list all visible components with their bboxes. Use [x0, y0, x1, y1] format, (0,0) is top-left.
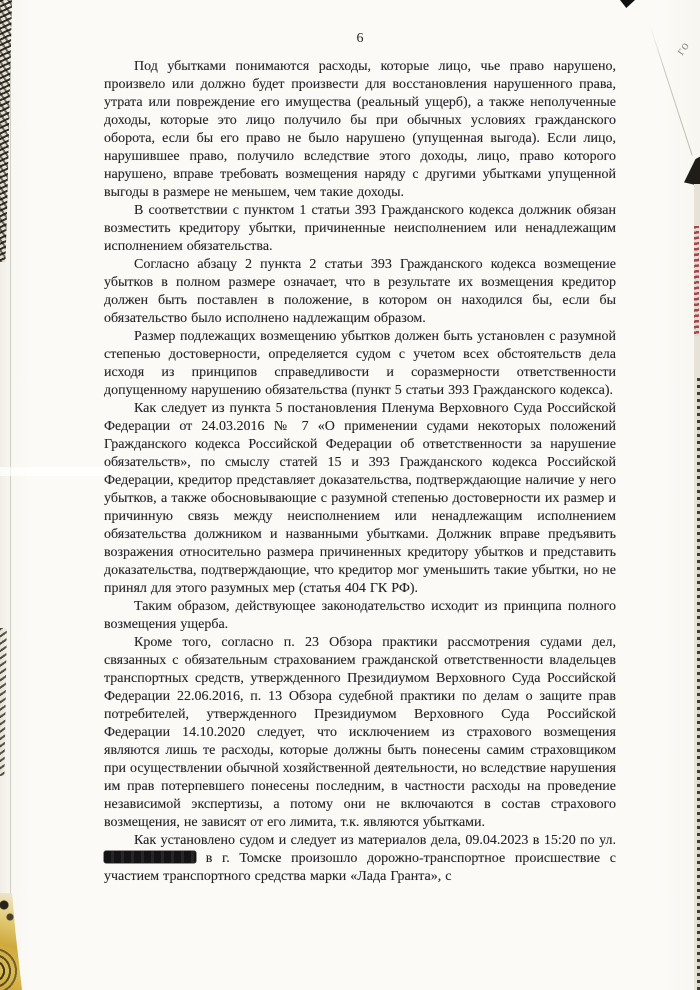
- scanner-light-band: [0, 467, 118, 476]
- paragraph-insurance-review: Кроме того, согласно п. 23 Обзора практи…: [104, 634, 616, 832]
- left-edge-gold-ornament: [0, 893, 22, 990]
- top-right-corner-mark: [620, 0, 635, 8]
- right-edge-document-strip: [694, 184, 700, 990]
- paragraph-losses-definition: Под убытками понимаются расходы, которые…: [104, 58, 616, 202]
- paragraph-damages-amount: Размер подлежащих возмещению убытков дол…: [104, 328, 616, 400]
- paragraph-case-facts: Как установлено судом и следует из матер…: [104, 832, 616, 886]
- paragraph-plenum-resolution: Как следует из пункта 5 постановления Пл…: [104, 400, 616, 598]
- document-text-block: 6 Под убытками понимаются расходы, котор…: [104, 30, 616, 886]
- scanned-court-document-page: го 6 Под убытками понимаются расходы, ко…: [0, 0, 700, 990]
- rotated-edge-text: го: [672, 38, 693, 58]
- page-fold-line: [10, 0, 11, 990]
- paragraph-full-compensation-principle: Таким образом, действующее законодательс…: [104, 598, 616, 634]
- redaction-box: [104, 851, 196, 863]
- right-edge-fold-wedge: [684, 156, 700, 186]
- case-facts-before-redaction: Как установлено судом и следует из матер…: [134, 833, 616, 848]
- paragraph-article-393-p1: В соответствии с пунктом 1 статьи 393 Гр…: [104, 202, 616, 256]
- page-number: 6: [104, 30, 616, 48]
- red-stamp-edge-marks: [694, 226, 699, 336]
- paragraph-article-393-p2: Согласно абзацу 2 пункта 2 статьи 393 Гр…: [104, 256, 616, 328]
- left-edge-ornament-middle: [0, 628, 8, 776]
